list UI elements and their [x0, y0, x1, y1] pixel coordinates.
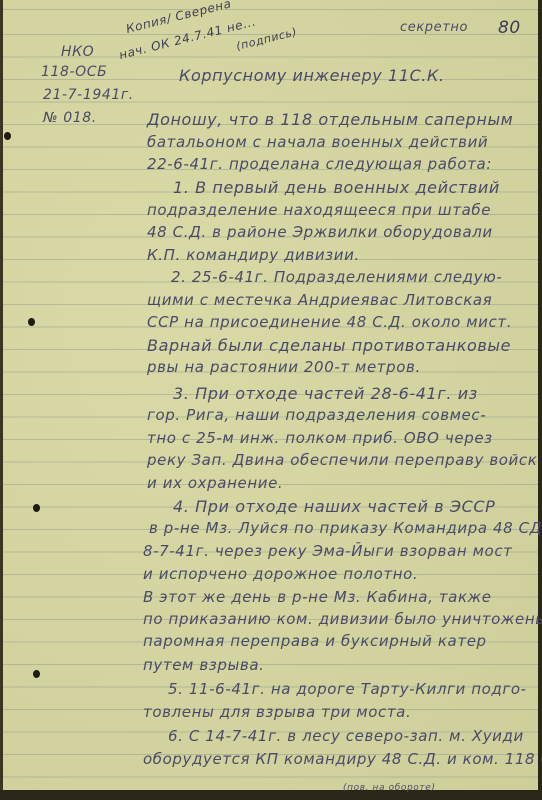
document-page: Копия/ Сверена нач. ОК 24.7.41 не... (по…	[0, 0, 538, 790]
document-number: № 018.	[43, 110, 97, 126]
body-line: реку Зап. Двина обеспечили переправу вой…	[147, 451, 537, 469]
punch-hole	[33, 504, 40, 512]
body-line: в р-не Мз. Луйся по приказу Командира 48…	[149, 519, 542, 537]
body-line: и их охранение.	[147, 474, 283, 492]
body-line: и испорчено дорожное полотно.	[143, 565, 418, 583]
body-line: 1. В первый день военных действий	[173, 178, 500, 197]
org-code: НКО	[61, 44, 94, 60]
body-line: щими с местечка Андриеявас Литовская	[147, 291, 492, 309]
punch-hole	[33, 670, 40, 678]
body-line: В этот же день в р-не Мз. Кабина, также	[143, 588, 492, 606]
punch-hole	[28, 318, 35, 326]
page-number: 80	[498, 18, 521, 38]
body-line: оборудуется КП командиру 48 С.Д. и ком. …	[143, 750, 542, 768]
document-date: 21-7-1941г.	[43, 87, 134, 103]
body-line: Варнай были сделаны противотанковые	[147, 336, 511, 355]
unit-name: 118-ОСБ	[41, 64, 107, 80]
secret-label: секретно	[400, 20, 468, 35]
body-line: батальоном с начала военных действий	[147, 133, 488, 151]
body-line: ССР на присоединение 48 С.Д. около мист.	[147, 313, 512, 331]
body-line: Доношу, что в 118 отдельным саперным	[147, 110, 513, 129]
body-line: рвы на растоянии 200-т метров.	[147, 358, 421, 376]
body-line: К.П. командиру дивизии.	[147, 246, 360, 264]
body-line: 8-7-41г. через реку Эма-Йыги взорван мос…	[143, 542, 513, 560]
body-line: по приказанию ком. дивизии было уничтоже…	[143, 610, 542, 628]
body-line: паромная переправа и буксирный катер	[143, 632, 487, 650]
body-line: 3. При отходе частей 28-6-41г. из	[173, 384, 478, 403]
continuation-note: (пов. на обороте)	[343, 783, 435, 793]
body-line: тно с 25-м инж. полком приб. ОВО через	[147, 429, 493, 447]
body-line: 5. 11-6-41г. на дороге Тарту-Килги подго…	[168, 680, 527, 698]
addressee: Корпусному инженеру 11С.К.	[179, 66, 445, 85]
punch-hole	[4, 132, 11, 140]
body-line: подразделение находящееся при штабе	[147, 201, 491, 219]
body-line: 2. 25-6-41г. Подразделениями следую-	[171, 268, 502, 286]
body-line: товлены для взрыва три моста.	[143, 703, 411, 721]
body-line: 4. При отходе наших частей в ЭССР	[173, 497, 495, 516]
body-line: путем взрыва.	[143, 656, 265, 674]
body-line: 6. С 14-7-41г. в лесу северо-зап. м. Хуи…	[168, 727, 524, 745]
body-line: 22-6-41г. проделана следующая работа:	[147, 155, 492, 173]
body-line: гор. Рига, наши подразделения совмес-	[147, 406, 486, 424]
body-line: 48 С.Д. в районе Эржвилки оборудовали	[147, 223, 493, 241]
